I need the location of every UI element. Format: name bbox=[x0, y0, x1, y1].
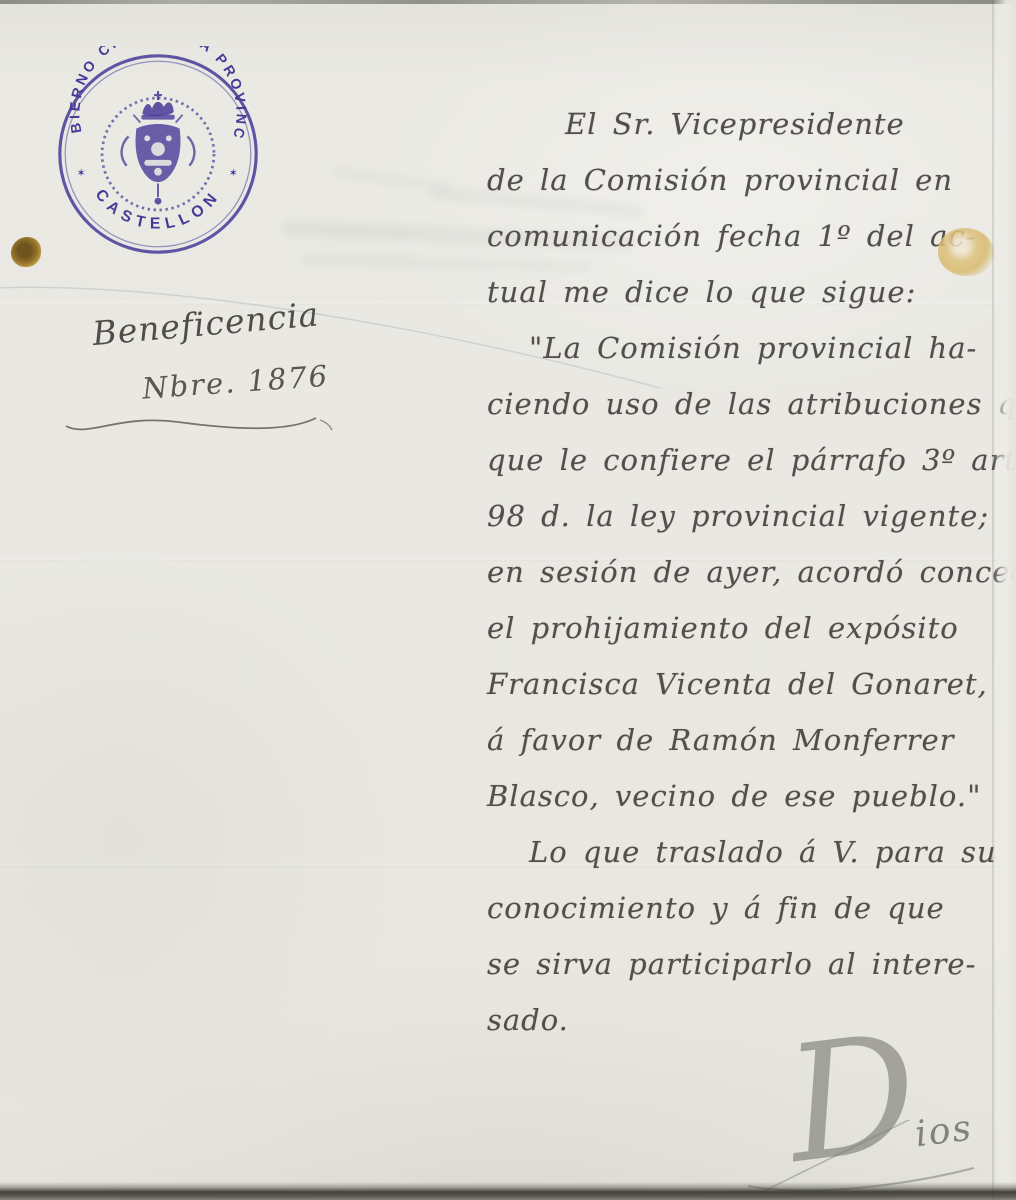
scan-bottom-edge bbox=[0, 1182, 1016, 1200]
stamp-star-left-icon: ✶ bbox=[77, 167, 86, 180]
stamp-star-right-icon: ✶ bbox=[229, 167, 238, 180]
handwritten-line: ciendo uso de las atribuciones q bbox=[487, 376, 1013, 432]
handwritten-line: conocimiento y á fin de que bbox=[487, 880, 1013, 936]
handwritten-line: se sirva participarlo al intere- bbox=[487, 936, 1013, 992]
ink-bleed-smudge bbox=[330, 167, 450, 193]
handwritten-line: "La Comisión provincial ha- bbox=[487, 320, 1013, 376]
handwritten-line: Lo que traslado á V. para su bbox=[487, 824, 1013, 880]
handwritten-line: que le confiere el párrafo 3º art. bbox=[487, 432, 1013, 488]
scanned-letter-page: GOBIERNO CIVIL DE LA PROVINCIA CASTELLON… bbox=[0, 0, 1016, 1200]
handwritten-line: el prohijamiento del expósito bbox=[487, 600, 1013, 656]
punch-stain-left bbox=[11, 237, 41, 267]
handwritten-line: El Sr. Vicepresidente bbox=[487, 96, 1013, 152]
scan-top-edge bbox=[0, 0, 1016, 4]
handwritten-line: Francisca Vicenta del Gonaret, bbox=[487, 656, 1013, 712]
handwritten-line: tual me dice lo que sigue: bbox=[487, 264, 1013, 320]
paper-right-edge bbox=[992, 0, 1016, 1200]
handwritten-line: 98 d. la ley provincial vigente; bbox=[487, 488, 1013, 544]
punch-stain-right bbox=[938, 228, 994, 276]
margin-date: Nbre. 1876 bbox=[141, 356, 363, 405]
handwritten-line: á favor de Ramón Monferrer bbox=[487, 712, 1013, 768]
coat-of-arms-icon bbox=[122, 91, 195, 204]
handwritten-line: de la Comisión provincial en bbox=[487, 152, 1013, 208]
provincial-stamp: GOBIERNO CIVIL DE LA PROVINCIA CASTELLON… bbox=[50, 46, 266, 262]
margin-flourish bbox=[58, 402, 348, 446]
handwritten-line: Blasco, vecino de ese pueblo." bbox=[487, 768, 1013, 824]
handwritten-line: en sesión de ayer, acordó conceder bbox=[487, 544, 1013, 600]
handwritten-line: comunicación fecha 1º del ac- bbox=[487, 208, 1013, 264]
body-text: El Sr. Vicepresidentede la Comisión prov… bbox=[487, 96, 1013, 1048]
